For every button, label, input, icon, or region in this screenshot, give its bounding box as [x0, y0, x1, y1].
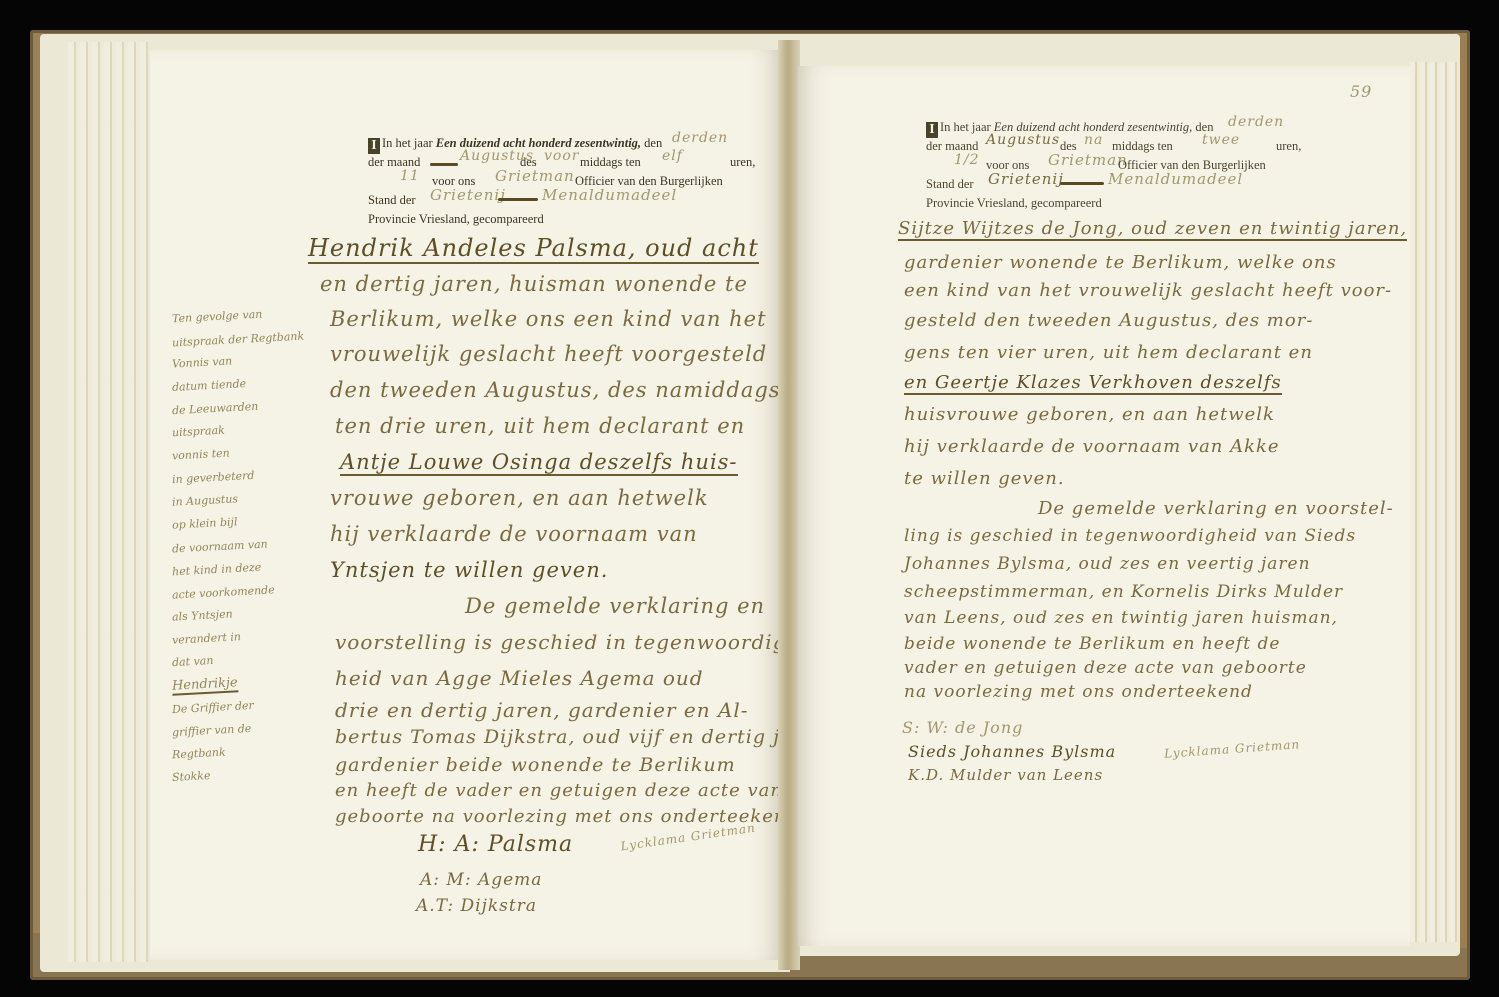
- left-fill-des: voor: [544, 148, 579, 164]
- left-body-line: Berlikum, welke ons een kind van het: [330, 307, 767, 331]
- right-ink-dash: [1060, 182, 1104, 185]
- left-body-line: vrouwelijk geslacht heeft voorgesteld: [330, 342, 767, 366]
- dropcap-I: I: [368, 138, 380, 154]
- left-stand-label: Stand der: [368, 191, 416, 210]
- right-signature-witness-1: Sieds Johannes Bylsma: [908, 742, 1116, 761]
- right-body-line: hij verklaarde de voornaam van Akke: [904, 436, 1280, 457]
- left-fill-prefix: 11: [400, 168, 420, 184]
- left-body-line: bertus Tomas Dijkstra, oud vijf en derti…: [335, 726, 828, 748]
- right-fill-officer: Grietman: [1048, 151, 1128, 169]
- left-body-line: heid van Agge Mieles Agema oud: [335, 666, 704, 690]
- left-page-edges: [68, 42, 148, 962]
- right-page-edges: [1410, 62, 1458, 942]
- left-body-line: hij verklaarde de voornaam van: [330, 522, 698, 546]
- left-body-line: vrouwe geboren, en aan hetwelk: [330, 486, 709, 510]
- left-fill-stand: Grietenij: [430, 186, 506, 204]
- left-page: IIn het jaar Een duizend acht honderd ze…: [150, 50, 780, 960]
- right-header-line-1: IIn het jaar Een duizend acht honderd ze…: [926, 118, 1213, 138]
- book-gutter: [778, 40, 800, 970]
- left-body-line: voorstelling is geschied in tegenwoordig…: [335, 630, 794, 654]
- left-body-line: en heeft de vader en getuigen deze acte …: [335, 780, 783, 801]
- left-fill-municipality: Menaldumadeel: [542, 186, 677, 204]
- right-body-line: De gemelde verklaring en voorstel-: [1038, 498, 1394, 519]
- right-body-line: te willen geven.: [904, 468, 1065, 489]
- left-province-line: Provincie Vriesland, gecompareerd: [368, 210, 544, 229]
- left-fill-officer: Grietman: [495, 167, 575, 185]
- right-body-line: gesteld den tweeden Augustus, des mor-: [904, 310, 1313, 331]
- right-fill-day: derden: [1228, 114, 1284, 130]
- right-fill-municipality: Menaldumadeel: [1108, 170, 1243, 188]
- right-body-line: gens ten vier uren, uit hem declarant en: [904, 342, 1313, 363]
- right-body-line: huisvrouwe geboren, en aan hetwelk: [904, 404, 1275, 425]
- right-body-line: Sijtze Wijtzes de Jong, oud zeven en twi…: [898, 218, 1407, 239]
- left-uren-label: uren,: [730, 153, 755, 172]
- right-body-line: ling is geschied in tegenwoordigheid van…: [904, 526, 1356, 546]
- right-fill-des: na: [1084, 132, 1103, 148]
- right-fill-hour: twee: [1202, 132, 1240, 148]
- right-signature-father: S: W: de Jong: [902, 718, 1023, 737]
- right-body-line: scheepstimmerman, en Kornelis Dirks Muld…: [904, 582, 1343, 602]
- right-stand-label: Stand der: [926, 175, 974, 194]
- right-province-line: Provincie Vriesland, gecompareerd: [926, 194, 1102, 213]
- left-body-line: en dertig jaren, huisman wonende te: [320, 272, 748, 296]
- right-page: 59 IIn het jaar Een duizend acht honderd…: [798, 66, 1410, 946]
- left-signature-witness-2: A.T: Dijkstra: [416, 896, 537, 916]
- right-fill-stand: Grietenij: [988, 170, 1064, 188]
- right-signature-witness-2: K.D. Mulder van Leens: [908, 766, 1103, 784]
- right-fill-prefix: 1/2: [954, 152, 980, 168]
- left-signature-father: H: A: Palsma: [418, 832, 573, 857]
- left-body-line: ten drie uren, uit hem declarant en: [335, 414, 745, 438]
- left-body-line: gardenier beide wonende te Berlikum: [335, 754, 736, 776]
- left-body-line: drie en dertig jaren, gardenier en Al-: [335, 698, 749, 722]
- left-signature-witness-1: A: M: Agema: [420, 870, 542, 890]
- right-body-line: gardenier wonende te Berlikum, welke ons: [904, 252, 1337, 273]
- left-fill-day: derden: [672, 130, 728, 146]
- folio-number: 59: [1350, 82, 1372, 101]
- right-body-line: beide wonende te Berlikum en heeft de: [904, 634, 1280, 654]
- right-body-line: vader en getuigen deze acte van geboorte: [904, 658, 1307, 678]
- right-fill-month: Augustus: [986, 132, 1060, 148]
- dropcap-I: I: [926, 122, 938, 138]
- left-ink-dash-1: [430, 163, 458, 166]
- right-body-line: en Geertje Klazes Verkhoven deszelfs: [904, 372, 1282, 393]
- right-body-line: een kind van het vrouwelijk geslacht hee…: [904, 280, 1392, 301]
- left-ink-dash-2: [498, 198, 538, 201]
- left-fill-hour: elf: [662, 148, 683, 164]
- left-body-line: den tweeden Augustus, des namiddags: [330, 378, 781, 402]
- right-body-line: van Leens, oud zes en twintig jaren huis…: [904, 608, 1338, 628]
- left-body-line: Antje Louwe Osinga deszelfs huis-: [340, 450, 738, 474]
- right-body-line: Johannes Bylsma, oud zes en veertig jare…: [904, 554, 1311, 574]
- left-body-line: De gemelde verklaring en: [465, 594, 765, 618]
- left-body-line: Hendrik Andeles Palsma, oud acht: [308, 234, 759, 262]
- right-body-line: na voorlezing met ons onderteekend: [904, 682, 1253, 702]
- right-official-signature: Lycklama Grietman: [1164, 737, 1301, 760]
- left-middags-label: middags ten: [580, 153, 641, 172]
- right-uren-label: uren,: [1276, 137, 1301, 156]
- left-body-line: Yntsjen te willen geven.: [330, 558, 608, 582]
